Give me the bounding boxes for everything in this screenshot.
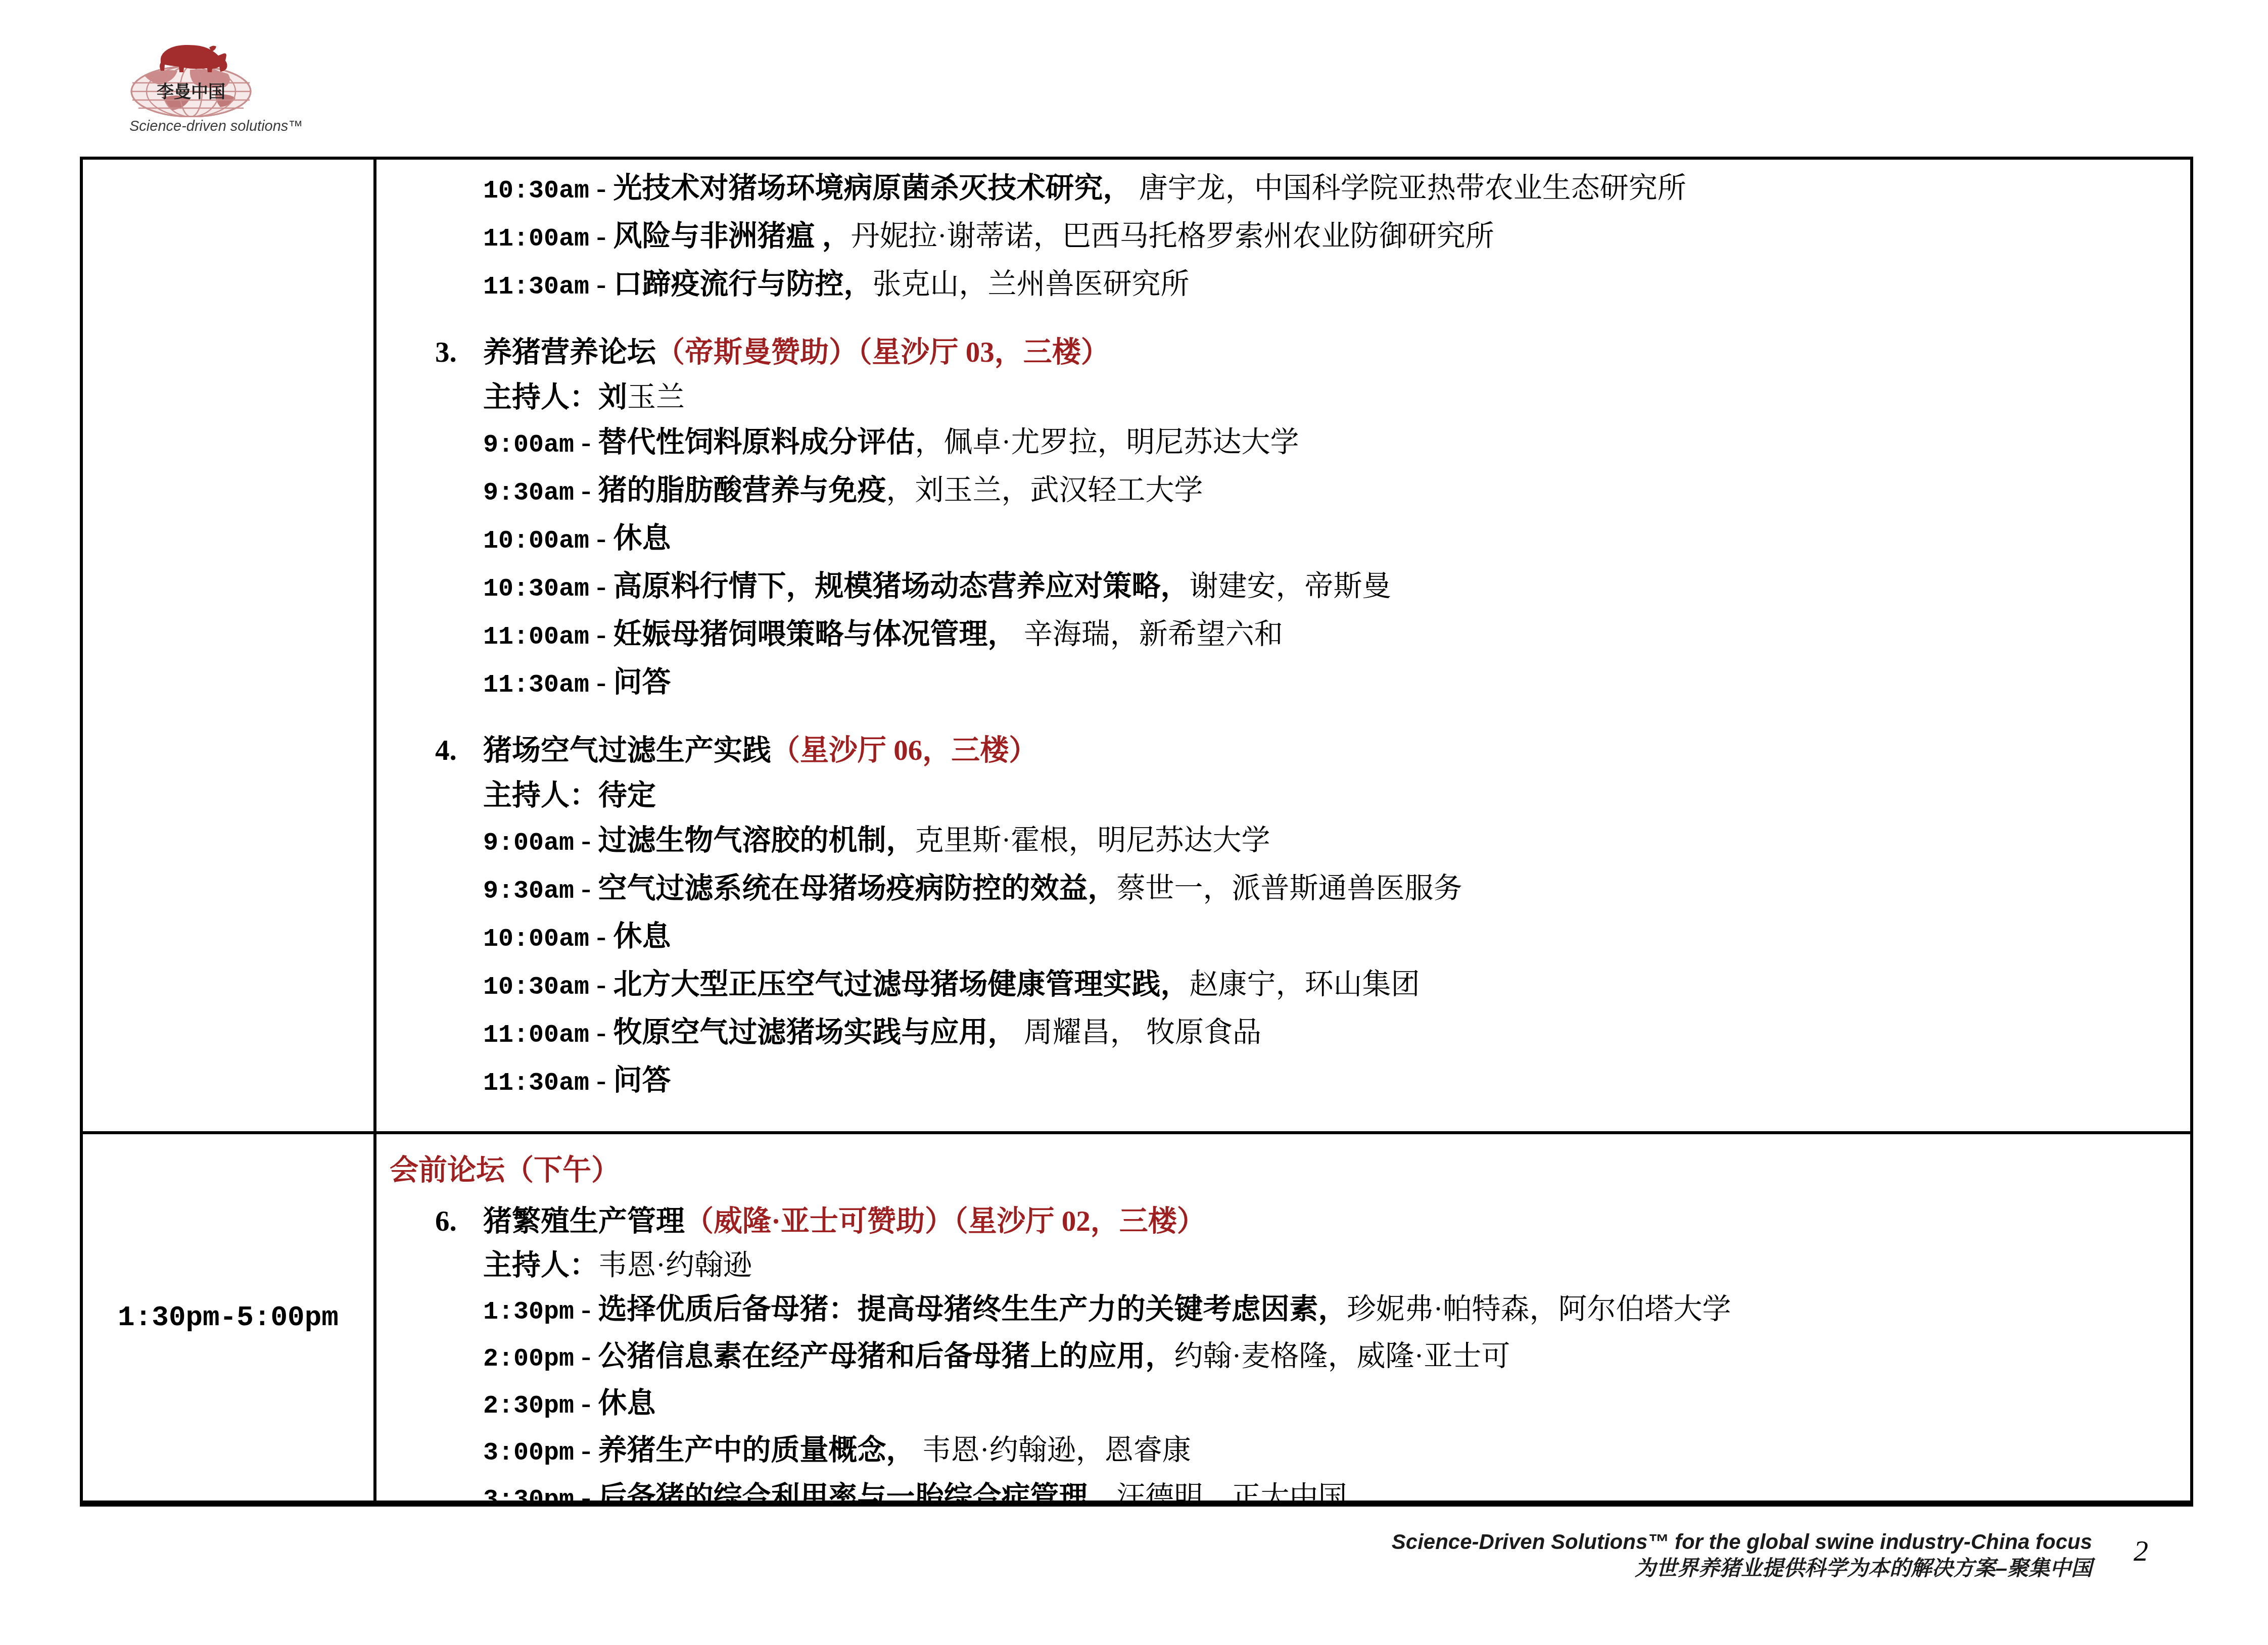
- agenda-cell-afternoon: 会前论坛（下午）6.猪繁殖生产管理（威隆·亚士可赞助）（星沙厅 02，三楼）主持…: [373, 1131, 2190, 1501]
- text-segment: 3:30pm: [483, 1486, 574, 1501]
- item-number: 6.: [435, 1199, 483, 1243]
- text-segment: - 口蹄疫流行与防控，: [589, 268, 872, 300]
- item-number: 4.: [435, 728, 483, 773]
- text-segment: 10:00am: [483, 925, 589, 954]
- text-segment: - 北方大型正压空气过滤母猪场健康管理实践，: [589, 969, 1189, 1000]
- text-segment: 10:30am: [483, 575, 589, 604]
- agenda-line: 9:00am - 过滤生物气溶胶的机制，克里斯·霍根，明尼苏达大学: [376, 818, 2190, 866]
- agenda-line: 3:30pm - 后备猪的综合利用率与一胎综合症管理，汪德明，正大中国: [376, 1475, 2190, 1501]
- text-segment: 养猪营养论坛: [483, 336, 656, 368]
- text-segment: 蔡世一，派普斯通兽医服务: [1117, 873, 1462, 904]
- agenda-line: 11:30am - 问答: [376, 1058, 2190, 1106]
- item-number: 5.: [435, 1126, 483, 1131]
- agenda-line: 6.猪繁殖生产管理（威隆·亚士可赞助）（星沙厅 02，三楼）: [376, 1199, 2190, 1243]
- text-segment: - 休息: [574, 1387, 655, 1419]
- text-segment: - 高原料行情下，规模猪场动态营养应对策略，: [589, 570, 1189, 602]
- text-segment: 9:00am: [483, 431, 574, 460]
- text-segment: 9:30am: [483, 479, 574, 508]
- leman-china-logo: 李曼中国 Science-driven solutions™: [129, 40, 253, 135]
- text-segment: 主持人：刘: [483, 381, 627, 413]
- text-segment: 11:30am: [483, 671, 589, 700]
- text-segment: （威隆·亚士可赞助）（星沙厅 02，三楼）: [685, 1205, 1206, 1237]
- text-segment: ，刘玉兰，武汉轻工大学: [886, 474, 1203, 506]
- text-segment: - 牧原空气过滤猪场实践与应用，: [589, 1017, 1016, 1048]
- text-segment: 汪德明，正大中国: [1117, 1481, 1347, 1501]
- text-segment: - 后备猪的综合利用率与一胎综合症管理，: [574, 1481, 1116, 1501]
- text-segment: - 养猪生产中的质量概念，: [574, 1434, 915, 1466]
- agenda-line: 11:00am - 牧原空气过滤猪场实践与应用， 周耀昌， 牧原食品: [376, 1010, 2190, 1058]
- text-segment: 2:00pm: [483, 1345, 574, 1374]
- document-page: 李曼中国 Science-driven solutions™ 10:30am -…: [0, 0, 2268, 1645]
- time-cell-row2: 1:30pm-5:00pm: [83, 1131, 373, 1501]
- agenda-line: 主持人：待定: [376, 773, 2190, 818]
- text-segment: 10:30am: [483, 177, 589, 206]
- footer-tagline-en: Science-Driven Solutions™ for the global…: [1392, 1529, 2092, 1555]
- footer-tagline-zh: 为世界养猪业提供科学为本的解决方案–聚集中国: [1392, 1555, 2092, 1581]
- text-segment: 11:30am: [483, 273, 589, 302]
- text-segment: 11:00am: [483, 225, 589, 254]
- text-segment: 主持人：待定: [483, 780, 656, 811]
- text-segment: 猪场空气过滤生产实践: [483, 735, 771, 766]
- agenda-line: 9:30am - 空气过滤系统在母猪场疫病防控的效益，蔡世一，派普斯通兽医服务: [376, 866, 2190, 914]
- text-segment: - 妊娠母猪饲喂策略与体况管理，: [589, 618, 1016, 650]
- text-segment: 丹妮拉·谢蒂诺，巴西马托格罗索州农业防御研究所: [851, 220, 1494, 252]
- text-segment: ，佩卓·尤罗拉，明尼苏达大学: [915, 426, 1299, 458]
- agenda-line: 主持人：刘玉兰: [376, 375, 2190, 420]
- agenda-line: 10:30am - 高原料行情下，规模猪场动态营养应对策略，谢建安，帝斯曼: [376, 564, 2190, 612]
- agenda-line: 5.李曼猪业领袖峰会 （凭邀请参会）（星沙厅 01，三楼）: [376, 1126, 2190, 1131]
- text-segment: 会前论坛（下午）: [390, 1154, 620, 1186]
- text-segment: 主持人：: [483, 1249, 598, 1281]
- text-segment: - 过滤生物气溶胶的机制，: [574, 825, 915, 856]
- text-segment: （星沙厅 06，三楼）: [771, 735, 1037, 766]
- text-segment: 周耀昌， 牧原食品: [1017, 1017, 1262, 1048]
- agenda-line: 10:00am - 休息: [376, 516, 2190, 564]
- text-segment: 辛海瑞，新希望六和: [1017, 618, 1283, 650]
- text-segment: - 替代性饲料原料成分评估: [574, 426, 915, 458]
- text-segment: 9:30am: [483, 877, 574, 906]
- text-segment: 珍妮弗·帕特森，阿尔伯塔大学: [1347, 1293, 1731, 1325]
- text-segment: - 风险与非洲猪瘟 ，: [589, 220, 851, 252]
- agenda-line: 11:30am - 问答: [376, 660, 2190, 708]
- text-segment: 11:00am: [483, 1021, 589, 1050]
- agenda-line: 11:00am - 妊娠母猪饲喂策略与体况管理， 辛海瑞，新希望六和: [376, 612, 2190, 660]
- logo-caption: Science-driven solutions™: [129, 118, 253, 135]
- text-segment: 11:00am: [483, 623, 589, 652]
- agenda-line: 11:30am - 口蹄疫流行与防控，张克山，兰州兽医研究所: [376, 262, 2190, 310]
- agenda-line: 会前论坛（下午）: [376, 1148, 2190, 1192]
- agenda-line: 10:30am - 光技术对猪场环境病原菌杀灭技术研究， 唐宇龙，中国科学院亚热…: [376, 166, 2190, 214]
- text-segment: 猪繁殖生产管理: [483, 1205, 685, 1237]
- agenda-line: 1:30pm - 选择优质后备母猪：提高母猪终生生产力的关键考虑因素，珍妮弗·帕…: [376, 1287, 2190, 1334]
- agenda-table: 10:30am - 光技术对猪场环境病原菌杀灭技术研究， 唐宇龙，中国科学院亚热…: [80, 157, 2193, 1507]
- text-segment: 9:00am: [483, 829, 574, 858]
- agenda-line: 2:00pm - 公猪信息素在经产母猪和后备母猪上的应用，约翰·麦格隆，威隆·亚…: [376, 1334, 2190, 1381]
- text-segment: - 猪的脂肪酸营养与免疫: [574, 474, 886, 506]
- agenda-line: 9:00am - 替代性饲料原料成分评估，佩卓·尤罗拉，明尼苏达大学: [376, 420, 2190, 468]
- text-segment: 玉兰: [627, 381, 685, 413]
- agenda-line: 主持人：韦恩·约翰逊: [376, 1243, 2190, 1287]
- text-segment: - 休息: [589, 921, 671, 952]
- text-segment: 唐宇龙，中国科学院亚热带农业生态研究所: [1132, 172, 1686, 204]
- agenda-line: 2:30pm - 休息: [376, 1381, 2190, 1428]
- agenda-line: 3.养猪营养论坛（帝斯曼赞助）（星沙厅 03，三楼）: [376, 330, 2190, 375]
- text-segment: - 休息: [589, 522, 671, 554]
- agenda-line: 11:00am - 风险与非洲猪瘟 ，丹妮拉·谢蒂诺，巴西马托格罗索州农业防御研…: [376, 214, 2190, 262]
- agenda-line: 9:30am - 猪的脂肪酸营养与免疫，刘玉兰，武汉轻工大学: [376, 468, 2190, 516]
- text-segment: 韦恩·约翰逊，恩睿康: [915, 1434, 1191, 1466]
- text-segment: 克里斯·霍根，明尼苏达大学: [915, 825, 1270, 856]
- text-segment: 3:00pm: [483, 1439, 574, 1468]
- agenda-cell-morning: 10:30am - 光技术对猪场环境病原菌杀灭技术研究， 唐宇龙，中国科学院亚热…: [373, 160, 2190, 1131]
- text-segment: - 光技术对猪场环境病原菌杀灭技术研究，: [589, 172, 1131, 204]
- text-segment: - 选择优质后备母猪：提高母猪终生生产力的关键考虑因素，: [574, 1293, 1347, 1325]
- page-number: 2: [2134, 1534, 2148, 1568]
- text-segment: 谢建安，帝斯曼: [1190, 570, 1391, 602]
- text-segment: 10:00am: [483, 527, 589, 556]
- text-segment: 约翰·麦格隆，威隆·亚士可: [1174, 1340, 1510, 1372]
- agenda-line: 4.猪场空气过滤生产实践（星沙厅 06，三楼）: [376, 728, 2190, 773]
- text-segment: 2:30pm: [483, 1392, 574, 1421]
- text-segment: 张克山，兰州兽医研究所: [873, 268, 1190, 300]
- text-segment: 赵康宁，环山集团: [1190, 969, 1420, 1000]
- text-segment: 10:30am: [483, 973, 589, 1002]
- pig-globe-icon: 李曼中国: [129, 40, 253, 117]
- agenda-line: 10:30am - 北方大型正压空气过滤母猪场健康管理实践，赵康宁，环山集团: [376, 962, 2190, 1010]
- logo-wordmark: 李曼中国: [157, 82, 225, 102]
- item-number: 3.: [435, 330, 483, 375]
- text-segment: 韦恩·约翰逊: [598, 1249, 752, 1281]
- text-segment: - 问答: [589, 1065, 671, 1096]
- agenda-line: 10:00am - 休息: [376, 914, 2190, 962]
- text-segment: - 问答: [589, 666, 671, 698]
- text-segment: 1:30pm: [483, 1298, 574, 1327]
- text-segment: （帝斯曼赞助）（星沙厅 03，三楼）: [656, 336, 1110, 368]
- footer-taglines: Science-Driven Solutions™ for the global…: [1392, 1529, 2092, 1581]
- time-cell-row1: [83, 160, 373, 1131]
- text-segment: 11:30am: [483, 1069, 589, 1098]
- text-segment: - 公猪信息素在经产母猪和后备母猪上的应用，: [574, 1340, 1174, 1372]
- agenda-line: 3:00pm - 养猪生产中的质量概念， 韦恩·约翰逊，恩睿康: [376, 1428, 2190, 1475]
- text-segment: - 空气过滤系统在母猪场疫病防控的效益，: [574, 873, 1116, 904]
